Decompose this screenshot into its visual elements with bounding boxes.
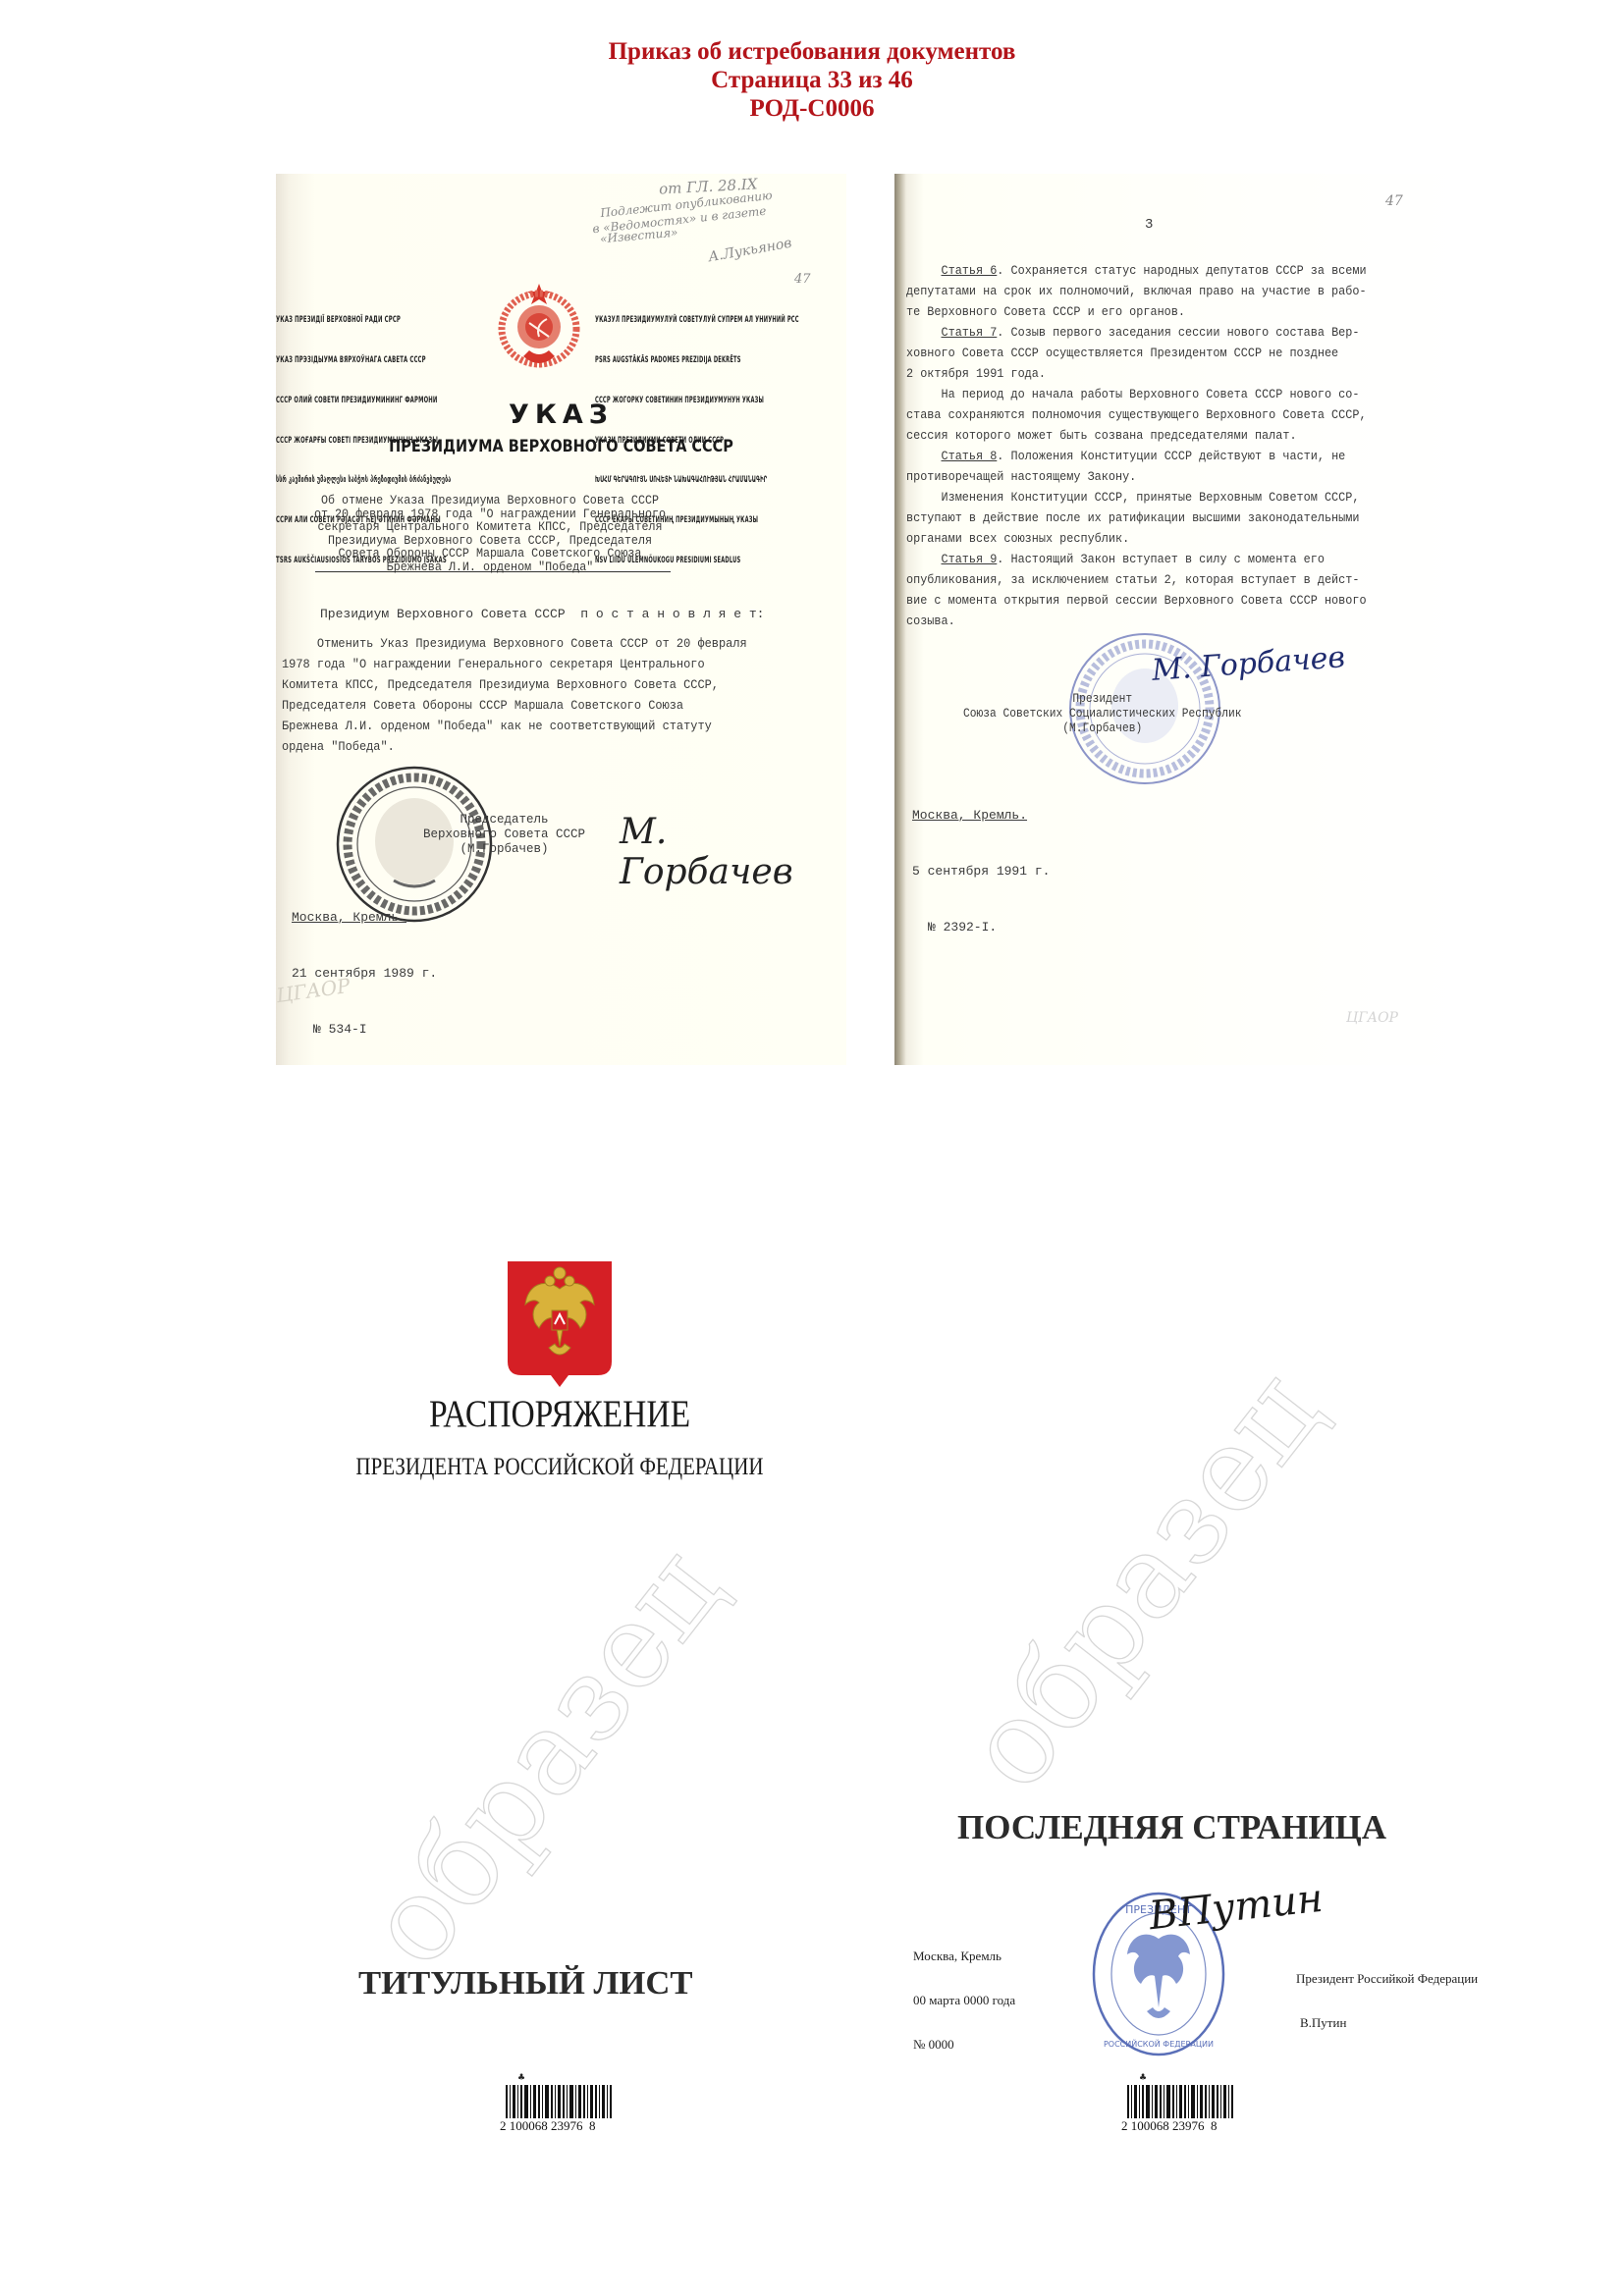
putin-signature: ВПутин — [1147, 1876, 1325, 1939]
article-label: Статья 6 — [942, 263, 998, 278]
handwritten-page-number: 47 — [794, 272, 811, 287]
resolves-line: Президиум Верховного Совета СССР п о с т… — [320, 604, 764, 624]
header-line: ԽՍՀՄ ԳԵՐԱԳՈՒՅՆ ՍՈՎԵՏԻ ՆԱԽԱԳԱՀՈՒԹՅԱՆ ՀՐԱՄ… — [595, 474, 799, 488]
last-page-label: ПОСЛЕДНЯЯ СТРАНИЦА — [957, 1808, 1386, 1847]
russian-coat-of-arms-icon — [506, 1259, 614, 1389]
signing-place-date: Москва, Кремль. 21 сентября 1989 г. № 53… — [292, 871, 437, 1065]
article-7: Статья 7. Созыв первого заседания сессии… — [906, 322, 1359, 384]
svg-text:РОССИЙСКОЙ ФЕДЕРАЦИИ: РОССИЙСКОЙ ФЕДЕРАЦИИ — [1104, 2038, 1214, 2049]
sample-watermark-left: образец — [340, 1522, 747, 1991]
rf-issuer: ПРЕЗИДЕНТА РОССИЙСКОЙ ФЕДЕРАЦИИ — [329, 1454, 790, 1481]
page-header: Приказ об истребования документов Страни… — [0, 37, 1624, 123]
gorbachev-signature: М. Горбачев — [620, 812, 846, 892]
decree-abstract: Об отмене Указа Президиума Верховного Со… — [313, 494, 667, 573]
law-number: № 2392-I. — [912, 918, 1050, 936]
signer-title: Президент Российкой Федерации — [1296, 1971, 1478, 1986]
article-6: Статья 6. Сохраняется статус народных де… — [906, 260, 1367, 322]
rf-document-type: РАСПОРЯЖЕНИЕ — [382, 1392, 736, 1436]
signing-place: Москва, Кремль. — [292, 908, 437, 927]
decree-number: № 534-I — [292, 1020, 437, 1039]
header-line: УКАЗ ПРЭЗІДЫУМА ВЯРХОЎНАГА САВЕТА СССР — [276, 354, 451, 368]
article-8: Статья 8. Положения Конституции СССР дей… — [906, 446, 1345, 487]
ussr-emblem-icon — [496, 280, 582, 372]
article-label: Статья 8 — [942, 449, 998, 463]
barcode-title-page: ♣ 2 100068 23976 8 — [506, 2073, 616, 2136]
barcode-bars — [506, 2085, 614, 2118]
header-line: УКАЗ ПРЕЗИДІЇ ВЕРХОВНОЇ РАДИ СРСР — [276, 314, 451, 328]
signing-date: 00 марта 0000 года — [913, 1993, 1015, 2007]
signer-block: Председатель Верховного Совета СССР (М.Г… — [423, 813, 585, 857]
paragraph-text: Изменения Конституции СССР, принятые Вер… — [906, 490, 1359, 546]
header-line: სსრ კავშირის უმაღლესი საბჭოს პრეზიდიუმის… — [276, 474, 451, 488]
page-counter: Страница 33 из 46 — [0, 66, 1624, 94]
abstract-underline — [315, 571, 671, 572]
signer-block: Президент Союза Советских Социалистическ… — [963, 692, 1242, 736]
transition-paragraph: На период до начала работы Верховного Со… — [906, 384, 1367, 446]
signing-place: Москва, Кремль — [913, 1949, 1015, 1963]
last-page-signer: Президент Российкой Федерации В.Путин — [1296, 1942, 1478, 2045]
last-page-place-date: Москва, Кремль 00 марта 0000 года № 0000 — [913, 1919, 1015, 2066]
signer-name: В.Путин — [1296, 2015, 1478, 2030]
page-number: 47 — [1385, 193, 1403, 209]
signing-place: Москва, Кремль. — [912, 806, 1050, 825]
header-line: PSRS AUGSTĀKĀS PADOMES PREZIDIJA DEKRĒTS — [595, 354, 799, 368]
order-number: № 0000 — [913, 2037, 1015, 2052]
signing-date: 5 сентября 1991 г. — [912, 862, 1050, 881]
decree-body: Отменить Указ Президиума Верховного Сове… — [282, 633, 747, 757]
title-page-label: ТИТУЛЬНЫЙ ЛИСТ — [358, 1965, 693, 2002]
decree-subtitle: ПРЕЗИДИУМА ВЕРХОВНОГО СОВЕТА СССР — [319, 437, 804, 456]
sample-watermark-right: образец — [939, 1346, 1346, 1814]
paragraph-text: На период до начала работы Верховного Со… — [906, 387, 1367, 443]
document-title: Приказ об истребования документов — [0, 37, 1624, 66]
scan-law-1991: 47 3 Статья 6. Сохраняется статус народн… — [894, 174, 1462, 1065]
article-label: Статья 7 — [942, 325, 998, 340]
scan-ukaz-1989: от ГЛ. 28.IX Подлежит опубликованию в «В… — [276, 174, 846, 1065]
signing-place-date: Москва, Кремль. 5 сентября 1991 г. № 239… — [912, 769, 1050, 974]
document-code: РОД-С0006 — [0, 94, 1624, 123]
archive-mark: ЦГАОР — [1346, 1010, 1398, 1026]
decree-title: УКАЗ — [276, 400, 846, 430]
barcode-number: 2 100068 23976 8 — [1121, 2118, 1259, 2134]
barcode-bars — [1127, 2085, 1235, 2118]
publisher-logo-icon: ♣ — [1139, 2073, 1147, 2083]
article-label: Статья 9 — [942, 552, 998, 566]
article-9: Статья 9. Настоящий Закон вступает в сил… — [906, 549, 1367, 631]
handwritten-signature: А.Лукьянов — [707, 236, 792, 266]
header-line: УКАЗУЛ ПРЕЗИДИУМУЛУЙ СОВЕТУЛУЙ СУПРЕМ АЛ… — [595, 314, 799, 328]
barcode-last-page: ♣ 2 100068 23976 8 — [1127, 2073, 1237, 2136]
barcode-number: 2 100068 23976 8 — [500, 2118, 637, 2134]
amendments-paragraph: Изменения Конституции СССР, принятые Вер… — [906, 487, 1359, 549]
sheet-number: 3 — [1145, 217, 1153, 233]
publisher-logo-icon: ♣ — [517, 2073, 525, 2083]
